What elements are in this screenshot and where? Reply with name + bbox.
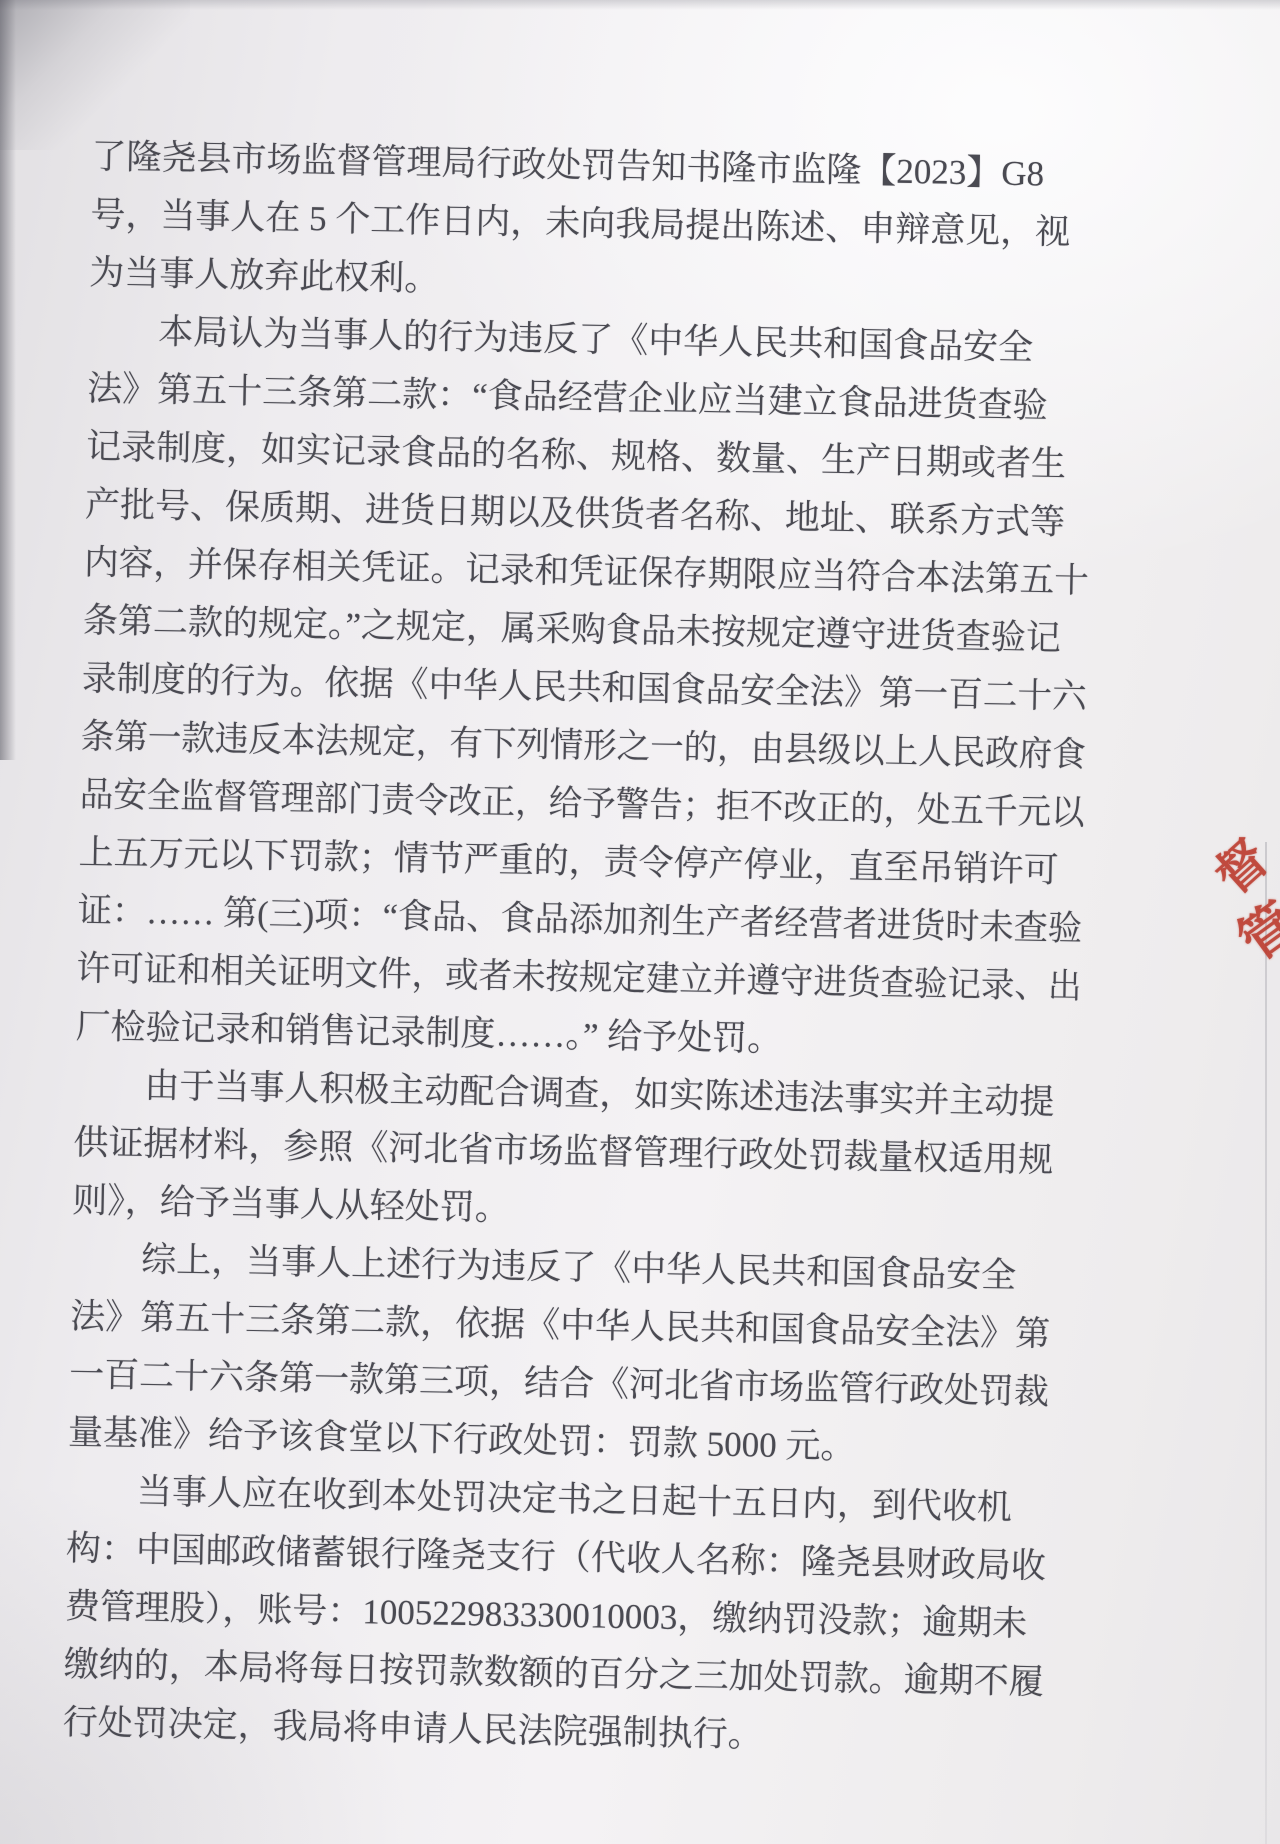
official-seal-fragment: 督管 <box>1204 824 1280 984</box>
document-photo: 了隆尧县市场监督管理局行政处罚告知书隆市监隆【2023】G8号，当事人在 5 个… <box>0 0 1280 1844</box>
photo-top-shadow <box>0 0 1280 10</box>
seal-character: 管 <box>1221 881 1280 975</box>
underlying-page-edge <box>1265 842 1267 1844</box>
document-text-block: 了隆尧县市场监督管理局行政处罚告知书隆市监隆【2023】G8号，当事人在 5 个… <box>62 128 1097 1770</box>
seal-character: 督 <box>1204 824 1280 907</box>
photo-left-shadow <box>0 0 16 760</box>
